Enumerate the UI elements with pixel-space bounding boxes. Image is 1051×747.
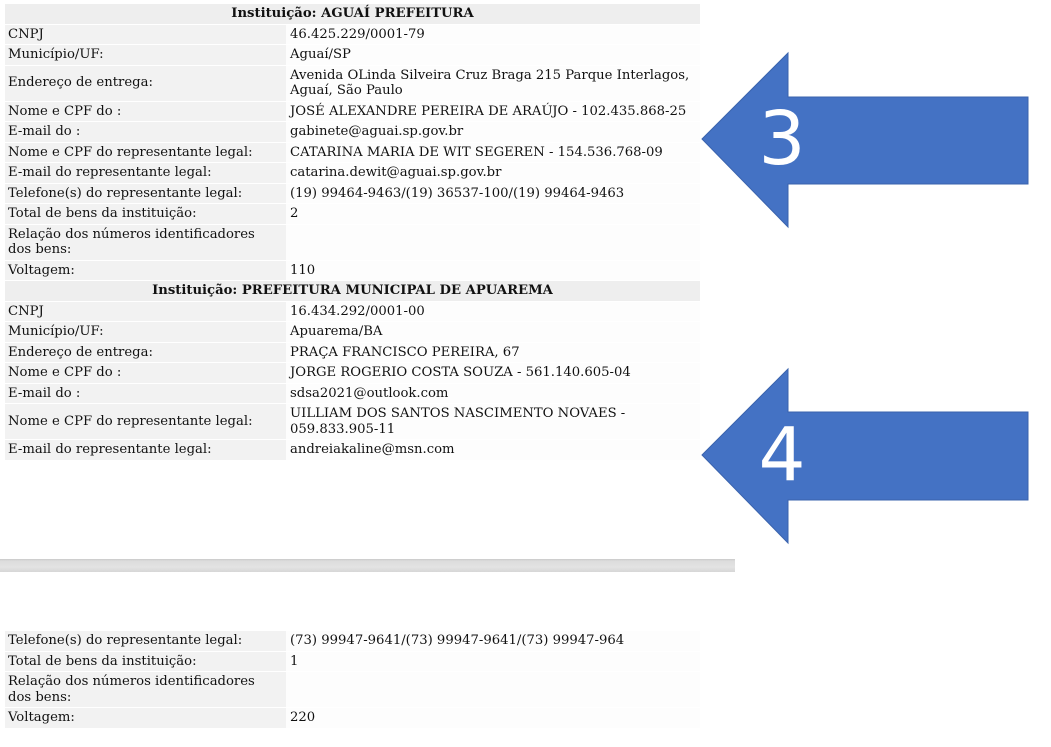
field-value	[286, 672, 700, 707]
table-row: Município/UF:Apuarema/BA	[5, 322, 700, 342]
field-label: Município/UF:	[5, 322, 286, 342]
field-value: 1	[286, 652, 700, 672]
field-value: 2	[286, 204, 700, 224]
field-value: PRAÇA FRANCISCO PEREIRA, 67	[286, 343, 700, 363]
page-break-divider	[0, 559, 735, 572]
field-label: E-mail do representante legal:	[5, 163, 286, 183]
field-label: Município/UF:	[5, 45, 286, 65]
table-row: E-mail do :gabinete@aguai.sp.gov.br	[5, 122, 700, 142]
field-value: JORGE ROGERIO COSTA SOUZA - 561.140.605-…	[286, 363, 700, 383]
institution-title: Instituição: PREFEITURA MUNICIPAL DE APU…	[5, 281, 700, 301]
table-row: E-mail do representante legal:andreiakal…	[5, 440, 700, 460]
table-row: Nome e CPF do :JORGE ROGERIO COSTA SOUZA…	[5, 363, 700, 383]
field-value: sdsa2021@outlook.com	[286, 384, 700, 404]
field-value: 110	[286, 261, 700, 281]
table-row: Endereço de entrega:PRAÇA FRANCISCO PERE…	[5, 343, 700, 363]
field-label: CNPJ	[5, 302, 286, 322]
annotation-number: 3	[752, 89, 812, 189]
field-value: (19) 99464-9463/(19) 36537-100/(19) 9946…	[286, 184, 700, 204]
table-row: Total de bens da instituição:2	[5, 204, 700, 224]
field-label: Nome e CPF do representante legal:	[5, 404, 286, 439]
field-value: gabinete@aguai.sp.gov.br	[286, 122, 700, 142]
table-row: Telefone(s) do representante legal:(19) …	[5, 184, 700, 204]
field-label: E-mail do representante legal:	[5, 440, 286, 460]
field-label: Endereço de entrega:	[5, 66, 286, 101]
field-value: catarina.dewit@aguai.sp.gov.br	[286, 163, 700, 183]
field-label: E-mail do :	[5, 122, 286, 142]
annotation-arrow-3: 3	[700, 51, 1030, 231]
left-arrow-icon	[700, 367, 1030, 547]
table-row: Nome e CPF do representante legal:CATARI…	[5, 143, 700, 163]
institution-header-row: Instituição: PREFEITURA MUNICIPAL DE APU…	[5, 281, 700, 301]
table-row: Voltagem:220	[5, 708, 700, 728]
table-row: Município/UF:Aguaí/SP	[5, 45, 700, 65]
field-value: andreiakaline@msn.com	[286, 440, 700, 460]
field-label: Nome e CPF do :	[5, 363, 286, 383]
table-row: CNPJ16.434.292/0001-00	[5, 302, 700, 322]
field-value: Avenida OLinda Silveira Cruz Braga 215 P…	[286, 66, 700, 101]
field-value: Aguaí/SP	[286, 45, 700, 65]
institution-details-table: Instituição: AGUAÍ PREFEITURACNPJ46.425.…	[5, 3, 700, 461]
field-label: Telefone(s) do representante legal:	[5, 631, 286, 651]
institution-title: Instituição: AGUAÍ PREFEITURA	[5, 4, 700, 24]
field-label: Nome e CPF do representante legal:	[5, 143, 286, 163]
table-row: E-mail do :sdsa2021@outlook.com	[5, 384, 700, 404]
field-label: E-mail do :	[5, 384, 286, 404]
field-value: (73) 99947-9641/(73) 99947-9641/(73) 999…	[286, 631, 700, 651]
table-row: CNPJ46.425.229/0001-79	[5, 25, 700, 45]
table-row: Relação dos números identificadores dos …	[5, 672, 700, 707]
left-arrow-icon	[700, 51, 1030, 231]
table-row: Relação dos números identificadores dos …	[5, 225, 700, 260]
field-value	[286, 225, 700, 260]
field-label: Voltagem:	[5, 261, 286, 281]
field-label: Total de bens da instituição:	[5, 204, 286, 224]
table-row: Nome e CPF do representante legal:UILLIA…	[5, 404, 700, 439]
field-label: Telefone(s) do representante legal:	[5, 184, 286, 204]
field-value: JOSÉ ALEXANDRE PEREIRA DE ARAÚJO - 102.4…	[286, 102, 700, 122]
field-label: Nome e CPF do :	[5, 102, 286, 122]
field-value: 220	[286, 708, 700, 728]
table-row: E-mail do representante legal:catarina.d…	[5, 163, 700, 183]
annotation-arrow-4: 4	[700, 367, 1030, 547]
annotation-number: 4	[752, 405, 812, 505]
table-row: Endereço de entrega:Avenida OLinda Silve…	[5, 66, 700, 101]
field-value: Apuarema/BA	[286, 322, 700, 342]
field-label: Relação dos números identificadores dos …	[5, 672, 286, 707]
field-value: UILLIAM DOS SANTOS NASCIMENTO NOVAES - 0…	[286, 404, 700, 439]
institution-header-row: Instituição: AGUAÍ PREFEITURA	[5, 4, 700, 24]
field-value: 46.425.229/0001-79	[286, 25, 700, 45]
field-label: Endereço de entrega:	[5, 343, 286, 363]
field-label: CNPJ	[5, 25, 286, 45]
table-row: Nome e CPF do :JOSÉ ALEXANDRE PEREIRA DE…	[5, 102, 700, 122]
table-row: Telefone(s) do representante legal:(73) …	[5, 631, 700, 651]
table-row: Voltagem:110	[5, 261, 700, 281]
field-label: Total de bens da instituição:	[5, 652, 286, 672]
field-label: Voltagem:	[5, 708, 286, 728]
table-row: Total de bens da instituição:1	[5, 652, 700, 672]
field-value: CATARINA MARIA DE WIT SEGEREN - 154.536.…	[286, 143, 700, 163]
institution-details-continuation-table: Telefone(s) do representante legal:(73) …	[5, 630, 700, 729]
field-value: 16.434.292/0001-00	[286, 302, 700, 322]
field-label: Relação dos números identificadores dos …	[5, 225, 286, 260]
